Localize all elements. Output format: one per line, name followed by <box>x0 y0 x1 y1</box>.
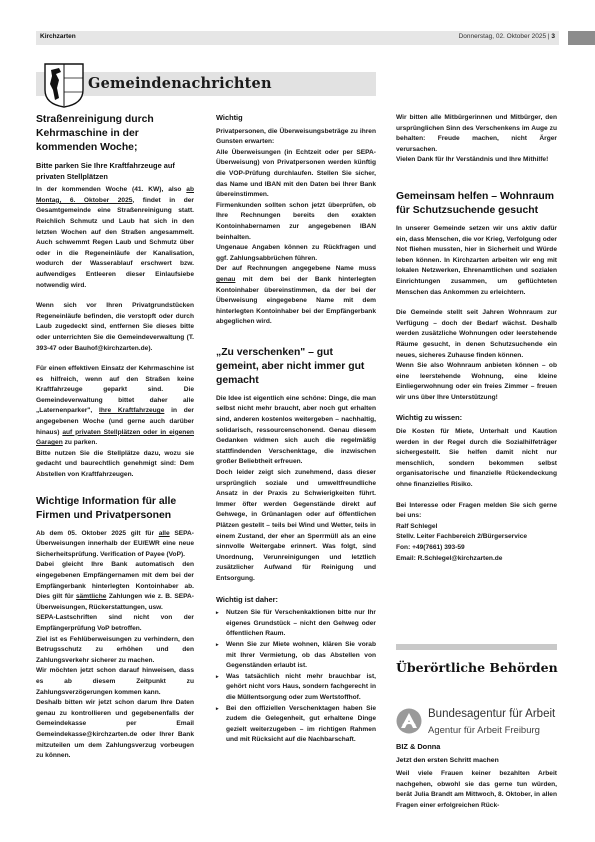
paragraph: Ziel ist es Fehlüberweisungen zu verhind… <box>36 635 194 667</box>
list-item: Wenn Sie zur Miete wohnen, klären Sie vo… <box>216 640 376 672</box>
paragraph: In unserer Gemeinde setzen wir uns aktiv… <box>396 224 557 298</box>
coat-of-arms-icon <box>43 62 85 108</box>
paragraph: Für einen effektiven Einsatz der Kehrmas… <box>36 364 194 449</box>
contact-name: Ralf Schlegel <box>396 522 557 533</box>
header-date: Donnerstag, 02. Oktober 2025 <box>459 33 546 40</box>
article-subtitle: Jetzt den ersten Schritt machen <box>396 756 557 767</box>
paragraph: Wenn Sie also Wohnraum anbieten können –… <box>396 361 557 403</box>
label-wichtig-zu-wissen: Wichtig zu wissen: <box>396 413 557 424</box>
paragraph: Wir möchten jetzt schon darauf hinweisen… <box>36 666 194 698</box>
article-title-street-cleaning: Straßenreinigung durch Kehrmaschine in d… <box>36 113 194 155</box>
list-item: Nutzen Sie für Verschenkaktionen bitte n… <box>216 608 376 640</box>
agency-name: Bundesagentur für Arbeit <box>428 708 555 720</box>
contact-phone: Fon: +49(7661) 393-59 <box>396 543 557 554</box>
article-subtitle-street-cleaning: Bitte parken Sie Ihre Kraftfahrzeuge auf… <box>36 161 194 182</box>
label-wichtig-daher: Wichtig ist daher: <box>216 595 376 606</box>
section-divider <box>396 644 557 650</box>
contact-role: Stellv. Leiter Fachbereich 2/Bürgerservi… <box>396 532 557 543</box>
paragraph: SEPA-Lastschriften sind nicht von der Em… <box>36 613 194 634</box>
paragraph: Ungenaue Angaben können zu Rückfragen un… <box>216 243 376 264</box>
list-item: Bei den offiziellen Verschenktagen haben… <box>216 704 376 746</box>
article-biz-donna: BIZ & Donna Jetzt den ersten Schritt mac… <box>396 742 557 812</box>
paragraph: Die Gemeinde stellt seit Jahren Wohnraum… <box>396 308 557 361</box>
agency-subtitle: Agentur für Arbeit Freiburg <box>428 725 540 736</box>
paragraph: Ab dem 05. Oktober 2025 gilt für alle SE… <box>36 529 194 561</box>
section-title-behoerden: Überörtliche Behörden <box>396 660 558 675</box>
paragraph: Die Kosten für Miete, Unterhalt und Kaut… <box>396 427 557 491</box>
label-wichtig: Wichtig <box>216 113 376 124</box>
page-number: 3 <box>551 33 555 40</box>
kicker: BIZ & Donna <box>396 742 557 753</box>
paragraph: Privatpersonen, die Überweisungsbeträge … <box>216 127 376 148</box>
paragraph: Wir bitten alle Mitbürgerinnen und Mitbü… <box>396 113 557 155</box>
paragraph: Dabei gleicht Ihre Bank automatisch den … <box>36 560 194 613</box>
article-title-sepa: Wichtige Information für alle Firmen und… <box>36 495 194 523</box>
paragraph: Deshalb bitten wir jetzt schon darum Ihr… <box>36 698 194 762</box>
paragraph: Die Idee ist eigentlich eine schöne: Din… <box>216 394 376 468</box>
page-header: Kirchzarten Donnerstag, 02. Oktober 2025… <box>36 31 559 45</box>
paragraph: Doch leider zeigt sich zunehmend, dass d… <box>216 468 376 585</box>
column-left: Straßenreinigung durch Kehrmaschine in d… <box>36 113 194 762</box>
header-date-page: Donnerstag, 02. Oktober 2025 | 3 <box>459 33 555 40</box>
paragraph: Alle Überweisungen (in Echtzeit oder per… <box>216 148 376 201</box>
paragraph: Weil viele Frauen keiner bezahlten Arbei… <box>396 769 557 811</box>
paragraph: Firmenkunden sollten schon jetzt überprü… <box>216 201 376 243</box>
page-edge-tab <box>568 31 595 45</box>
header-location: Kirchzarten <box>40 33 76 40</box>
contact-email[interactable]: Email: R.Schlegel@kirchzarten.de <box>396 554 557 565</box>
paragraph: In der kommenden Woche (41. KW), also ab… <box>36 185 194 291</box>
section-title: Gemeindenachrichten <box>88 75 272 92</box>
list-item: Was tatsächlich nicht mehr brauchbar ist… <box>216 672 376 704</box>
column-right: Wir bitten alle Mitbürgerinnen und Mitbü… <box>396 113 557 564</box>
column-middle: Wichtig Privatpersonen, die Überweisungs… <box>216 113 376 746</box>
bundesagentur-logo-icon <box>396 708 422 734</box>
bullet-list: Nutzen Sie für Verschenkaktionen bitte n… <box>216 608 376 746</box>
paragraph: Wenn sich vor Ihren Privatgrundstücken R… <box>36 301 194 354</box>
paragraph: Vielen Dank für Ihr Verständnis und Ihre… <box>396 155 557 166</box>
article-title-wohnraum: Gemeinsam helfen – Wohnraum für Schutzsu… <box>396 190 557 218</box>
article-title-verschenken: „Zu verschenken" – gut gemeint, aber nic… <box>216 346 376 388</box>
paragraph: Bei Interesse oder Fragen melden Sie sic… <box>396 501 557 522</box>
paragraph: Der auf Rechnungen angegebene Name muss … <box>216 264 376 328</box>
paragraph: Bitte nutzen Sie die Stellplätze dazu, w… <box>36 449 194 481</box>
